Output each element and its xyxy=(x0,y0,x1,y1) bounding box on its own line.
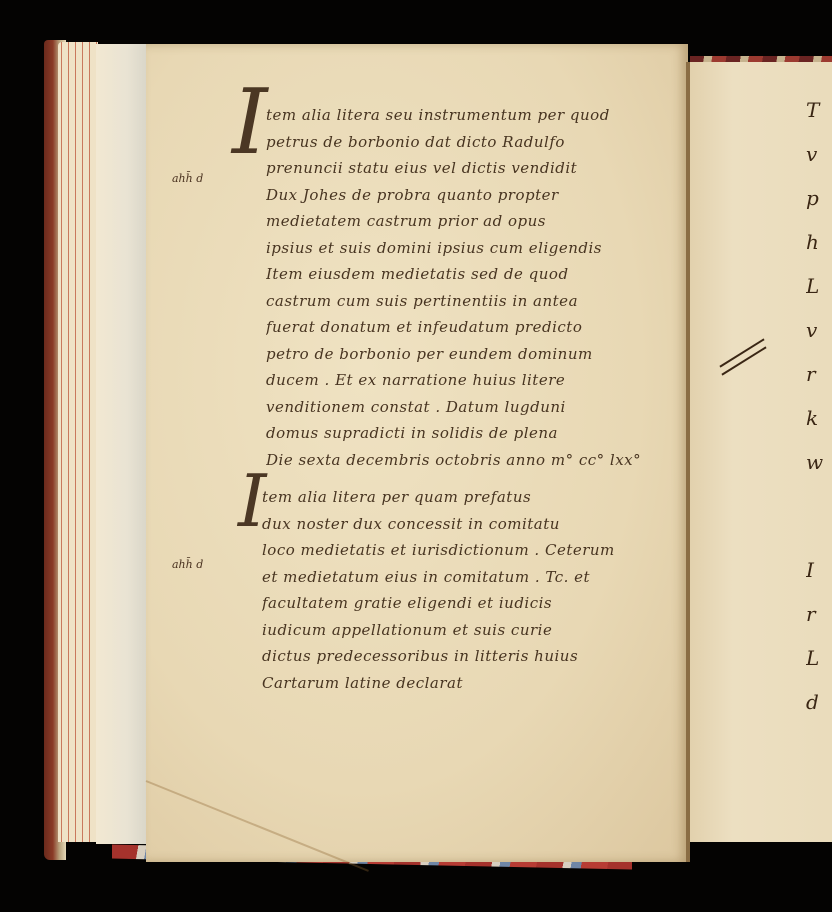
fragment: k xyxy=(806,396,832,440)
entry-2-text: tem alia litera per quam prefatus dux no… xyxy=(262,484,682,696)
text-line: et medietatum eius in comitatum . Tc. et xyxy=(262,564,682,591)
guard-strip xyxy=(96,44,148,844)
text-line: facultatem gratie eligendi et iudicis xyxy=(262,590,682,617)
fragment: w xyxy=(806,440,832,484)
decorated-initial-1: I xyxy=(232,78,268,168)
text-line: medietatem castrum prior ad opus xyxy=(266,208,686,235)
entry-1-text: tem alia litera seu instrumentum per quo… xyxy=(266,102,686,473)
fragment: L xyxy=(806,636,832,680)
text-line: castrum cum suis pertinentiis in antea xyxy=(266,288,686,315)
fragment: h xyxy=(806,220,832,264)
text-line: tem alia litera per quam prefatus xyxy=(262,484,682,511)
fragment: d xyxy=(806,680,832,724)
right-page-text-fragments-top: T v p h L v r k w xyxy=(806,88,832,484)
fragment: v xyxy=(806,132,832,176)
fragment: L xyxy=(806,264,832,308)
fragment: r xyxy=(806,352,832,396)
text-line: loco medietatis et iurisdictionum . Cete… xyxy=(262,537,682,564)
text-line: petrus de borbonio dat dicto Radulfo xyxy=(266,129,686,156)
text-line: iudicum appellationum et suis curie xyxy=(262,617,682,644)
fragment: p xyxy=(806,176,832,220)
manuscript-spread: ahh̄ d ahh̄ d I tem alia litera seu inst… xyxy=(0,0,832,912)
fragment: I xyxy=(806,548,832,592)
text-line: domus supradicti in solidis de plena xyxy=(266,420,686,447)
text-line: dictus predecessoribus in litteris huius xyxy=(262,643,682,670)
text-line: ducem . Et ex narratione huius litere xyxy=(266,367,686,394)
text-line: Cartarum latine declarat xyxy=(262,670,682,697)
text-line: ipsius et suis domini ipsius cum eligend… xyxy=(266,235,686,262)
text-line: prenuncii statu eius vel dictis vendidit xyxy=(266,155,686,182)
text-line: petro de borbonio per eundem dominum xyxy=(266,341,686,368)
text-line: Die sexta decembris octobris anno m° cc°… xyxy=(266,447,686,474)
fragment: T xyxy=(806,88,832,132)
text-line: tem alia litera seu instrumentum per quo… xyxy=(266,102,686,129)
text-line: Dux Johes de probra quanto propter xyxy=(266,182,686,209)
margin-note-1: ahh̄ d xyxy=(172,172,203,185)
margin-note-2: ahh̄ d xyxy=(172,558,203,571)
text-line: fuerat donatum et infeudatum predicto xyxy=(266,314,686,341)
right-page-text-fragments-bottom: I r L d xyxy=(806,548,832,724)
text-line: venditionem constat . Datum lugduni xyxy=(266,394,686,421)
page-edges-stack xyxy=(58,42,98,842)
fragment: r xyxy=(806,592,832,636)
text-line: dux noster dux concessit in comitatu xyxy=(262,511,682,538)
text-line: Item eiusdem medietatis sed de quod xyxy=(266,261,686,288)
fragment: v xyxy=(806,308,832,352)
